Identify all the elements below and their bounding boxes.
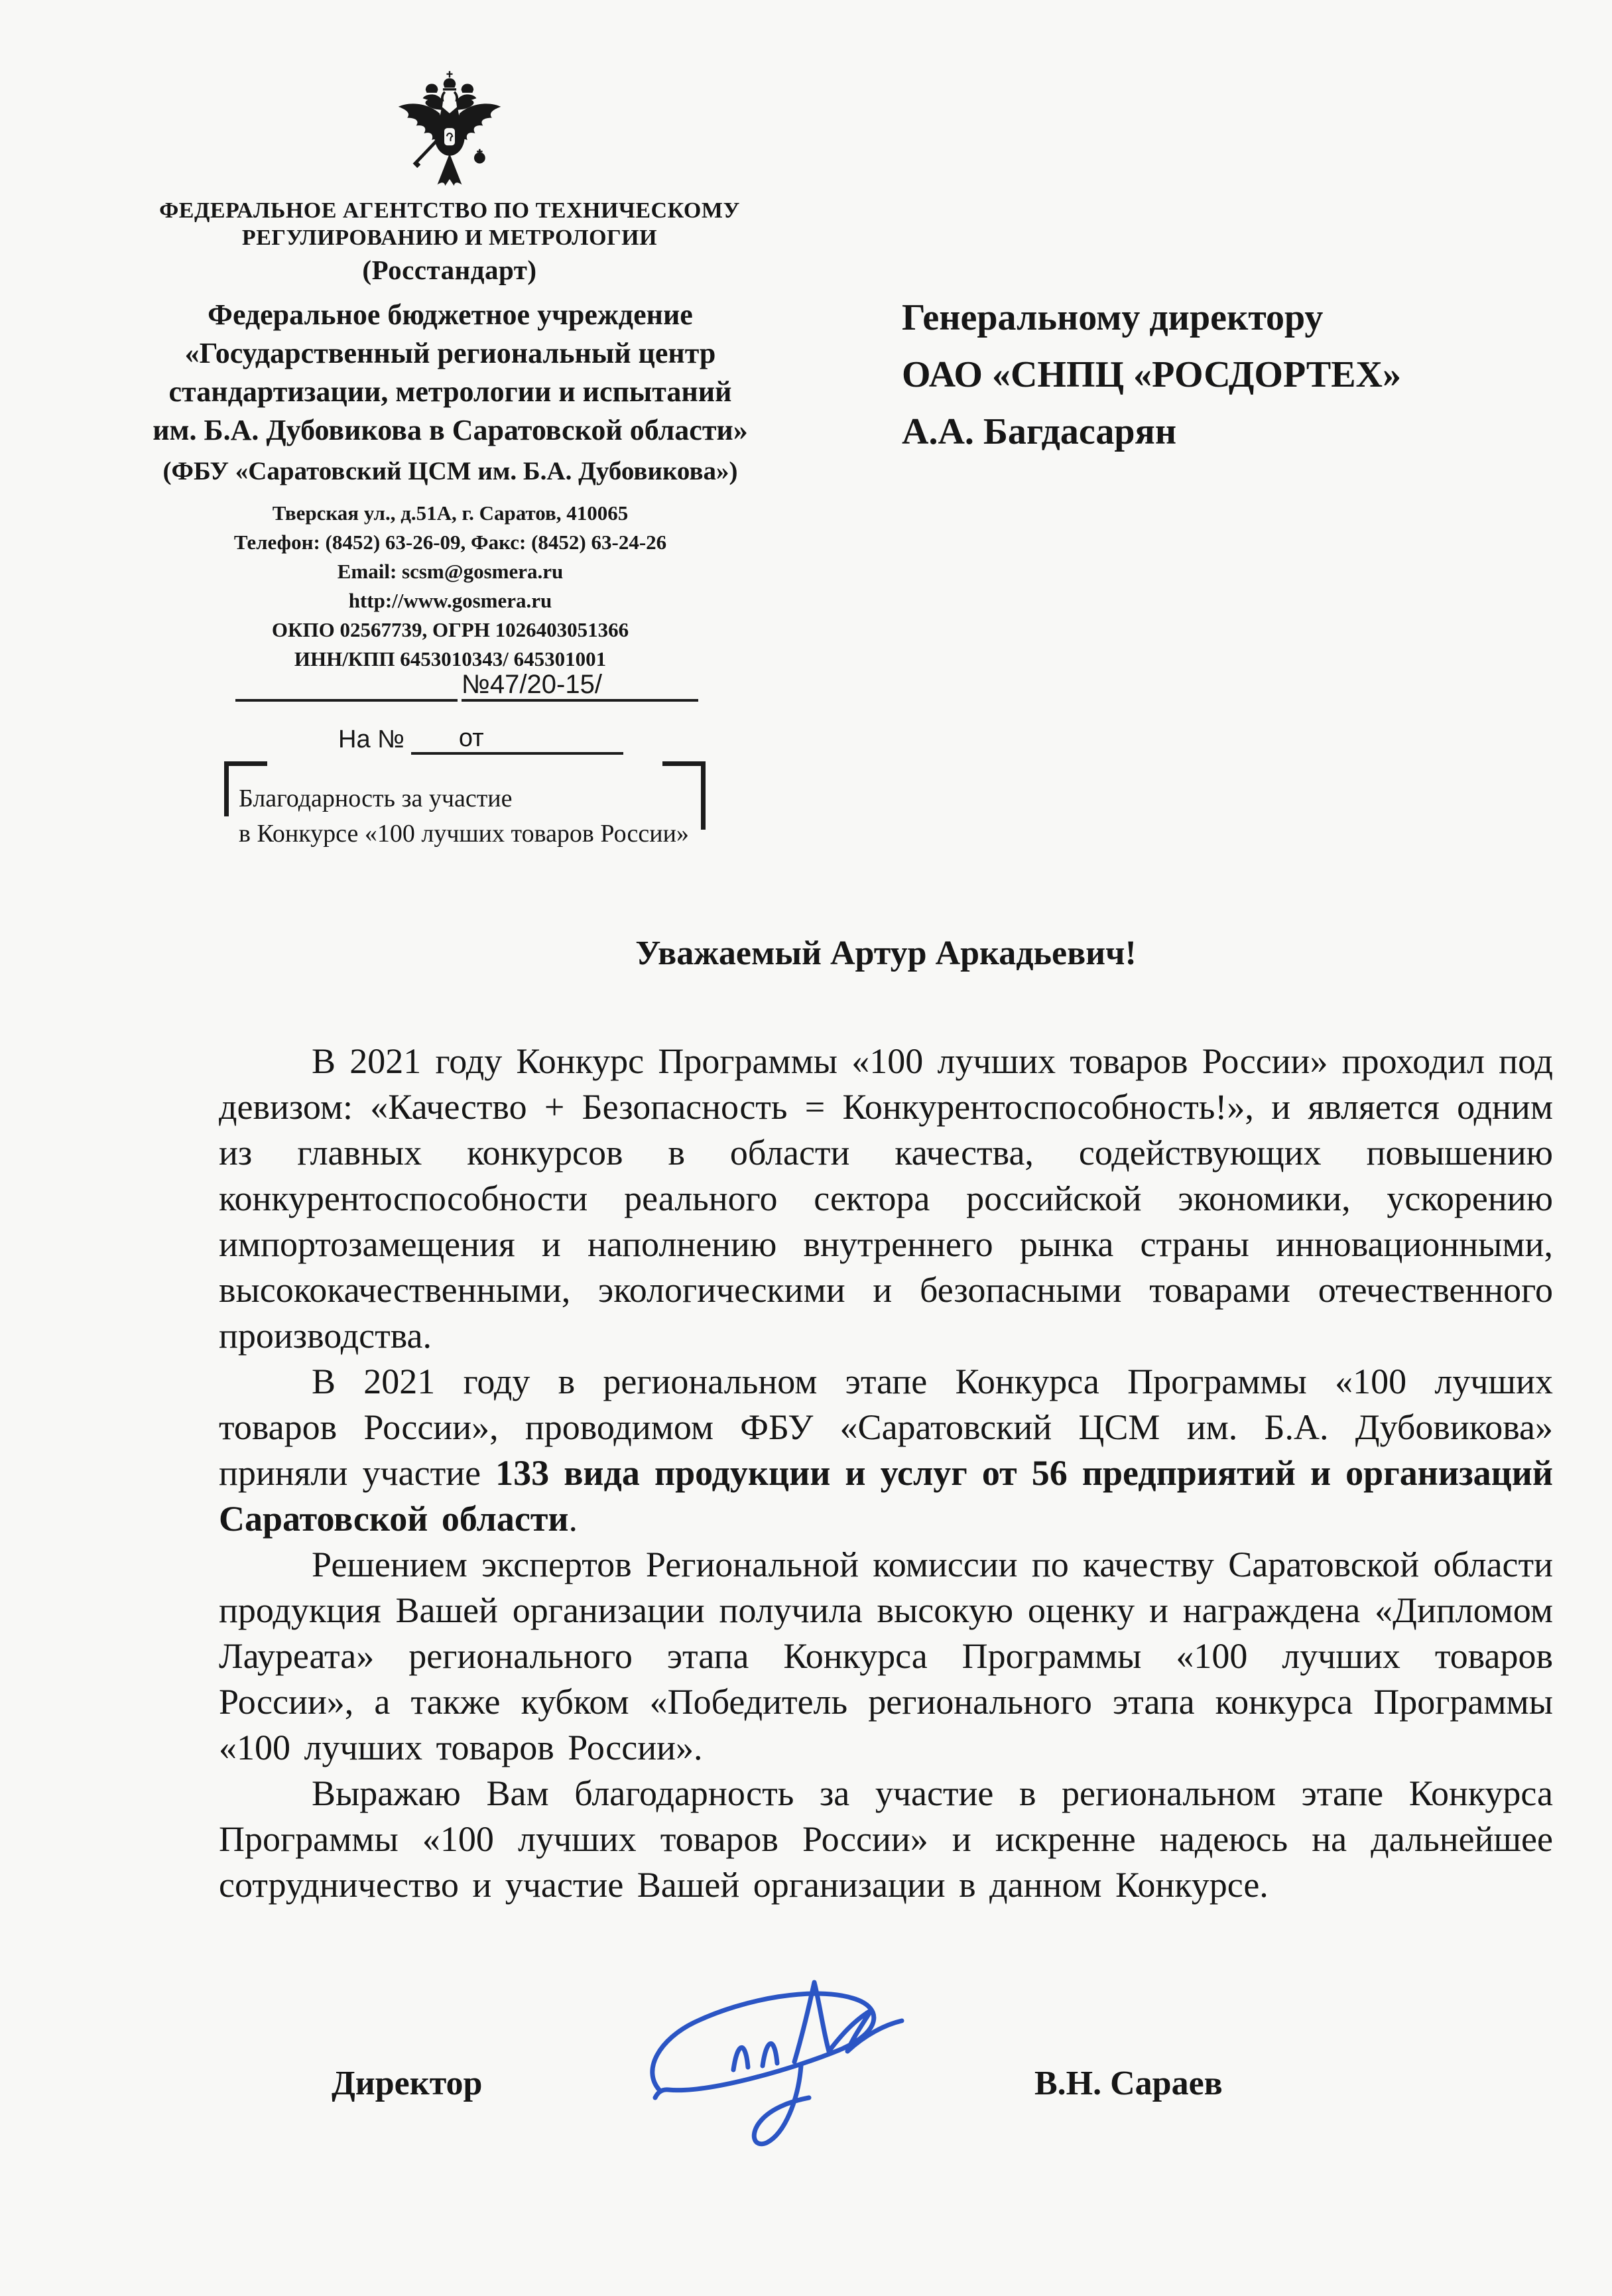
- okpo-ogrn-line: ОКПО 02567739, ОГРН 1026403051366: [130, 615, 771, 645]
- organization-name-line3: стандартизации, метрологии и испытаний: [130, 373, 771, 411]
- email-line: Email: scsm@gosmera.ru: [130, 557, 771, 586]
- recipient-name: А.А. Багдасарян: [902, 403, 1499, 460]
- letter-body: В 2021 году Конкурс Программы «100 лучши…: [219, 1039, 1553, 1908]
- subject-line2: в Конкурсе «100 лучших товаров России»: [239, 816, 706, 852]
- organization-name-line4: им. Б.А. Дубовикова в Саратовской област…: [130, 411, 771, 450]
- reply-label: На №: [338, 726, 404, 753]
- agency-name-line1: ФЕДЕРАЛЬНОЕ АГЕНТСТВО ПО ТЕХНИЧЕСКОМУ: [129, 197, 770, 224]
- scanned-letter-page: ФЕДЕРАЛЬНОЕ АГЕНТСТВО ПО ТЕХНИЧЕСКОМУ РЕ…: [0, 0, 1612, 2296]
- agency-name-line2: РЕГУЛИРОВАНИЮ И МЕТРОЛОГИИ: [129, 224, 770, 251]
- organization-short-name: (ФБУ «Саратовский ЦСМ им. Б.А. Дубовиков…: [130, 456, 771, 486]
- subject-block: Благодарность за участие в Конкурсе «100…: [224, 761, 706, 867]
- reply-number-blank: от: [411, 723, 623, 755]
- body-paragraph-1: В 2021 году Конкурс Программы «100 лучши…: [219, 1039, 1553, 1359]
- reply-reference-line: На №от: [338, 723, 623, 755]
- organization-name-line2: «Государственный региональный центр: [130, 334, 771, 373]
- agency-name-block: ФЕДЕРАЛЬНОЕ АГЕНТСТВО ПО ТЕХНИЧЕСКОМУ РЕ…: [129, 197, 770, 284]
- reply-from-label: от: [459, 724, 484, 752]
- outgoing-number: №47/20-15/: [462, 669, 698, 702]
- body-paragraph-2-end: .: [568, 1499, 578, 1539]
- recipient-block: Генеральному директору ОАО «СНПЦ «РОСДОР…: [902, 289, 1499, 460]
- agency-short-name: (Росстандарт): [129, 257, 770, 284]
- website-line: http://www.gosmera.ru: [130, 586, 771, 615]
- subject-line1: Благодарность за участие: [239, 781, 706, 816]
- handwritten-signature-ink: [595, 1938, 967, 2161]
- recipient-company: ОАО «СНПЦ «РОСДОРТЕХ»: [902, 346, 1499, 403]
- signer-title: Директор: [332, 2064, 482, 2103]
- recipient-position: Генеральному директору: [902, 289, 1499, 346]
- date-blank-line: [235, 669, 458, 702]
- signer-name: В.Н. Сараев: [1034, 2064, 1223, 2103]
- phone-fax-line: Телефон: (8452) 63-26-09, Факс: (8452) 6…: [130, 528, 771, 557]
- salutation: Уважаемый Артур Аркадьевич!: [219, 934, 1553, 973]
- body-paragraph-3: Решением экспертов Региональной комиссии…: [219, 1542, 1553, 1771]
- organization-name-line1: Федеральное бюджетное учреждение: [130, 296, 771, 334]
- outgoing-number-line: №47/20-15/: [235, 669, 698, 702]
- russian-coat-of-arms-icon: [394, 69, 505, 199]
- body-paragraph-4: Выражаю Вам благодарность за участие в р…: [219, 1771, 1553, 1908]
- body-paragraph-2: В 2021 году в региональном этапе Конкурс…: [219, 1359, 1553, 1542]
- contacts-block: Тверская ул., д.51А, г. Саратов, 410065 …: [130, 499, 771, 674]
- address-line: Тверская ул., д.51А, г. Саратов, 410065: [130, 499, 771, 528]
- organization-name-block: Федеральное бюджетное учреждение «Госуда…: [130, 296, 771, 450]
